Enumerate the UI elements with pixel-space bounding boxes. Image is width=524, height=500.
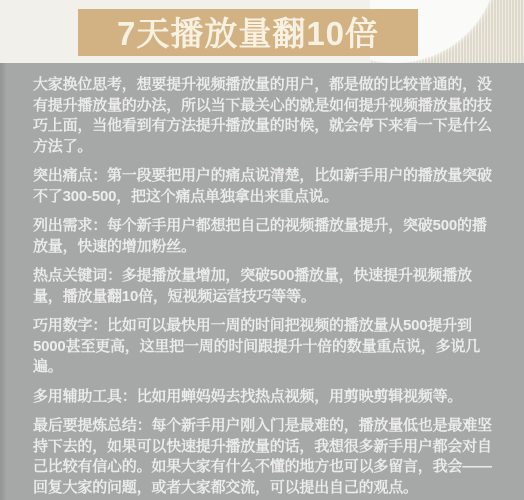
title-banner: 7天播放量翻10倍 [78, 9, 418, 56]
paragraph-summary: 最后要提炼总结：每个新手用户刚入门是最难的，播放量低也是最难坚持下去的，如果可以… [33, 416, 494, 498]
content-panel: 大家换位思考，想要提升视频播放量的用户，都是做的比较普通的，没有提升播放量的办法… [0, 63, 524, 500]
paragraph-keywords: 热点关键词：多提播放量增加，突破500播放量，快速提升视频播放量，播放量翻10倍… [33, 266, 494, 307]
paragraph-intro: 大家换位思考，想要提升视频播放量的用户，都是做的比较普通的，没有提升播放量的办法… [33, 75, 494, 157]
paragraph-tools: 多用辅助工具：比如用蝉妈妈去找热点视频，用剪映剪辑视频等。 [33, 387, 494, 408]
paragraph-numbers: 巧用数字：比如可以最快用一周的时间把视频的播放量从500提升到5000甚至更高，… [33, 316, 494, 378]
top-strip: 7天播放量翻10倍 [0, 0, 524, 63]
paragraph-pain-point: 突出痛点：第一段要把用户的痛点说清楚，比如新手用户的播放量突破不了300-500… [33, 166, 494, 207]
note-page: 7天播放量翻10倍 大家换位思考，想要提升视频播放量的用户，都是做的比较普通的，… [0, 0, 524, 500]
page-title: 7天播放量翻10倍 [117, 15, 379, 50]
paragraph-needs: 列出需求：每个新手用户都想把自己的视频播放量提升，突破500的播放量，快速的增加… [33, 216, 494, 257]
left-shadow-edge [0, 63, 7, 500]
